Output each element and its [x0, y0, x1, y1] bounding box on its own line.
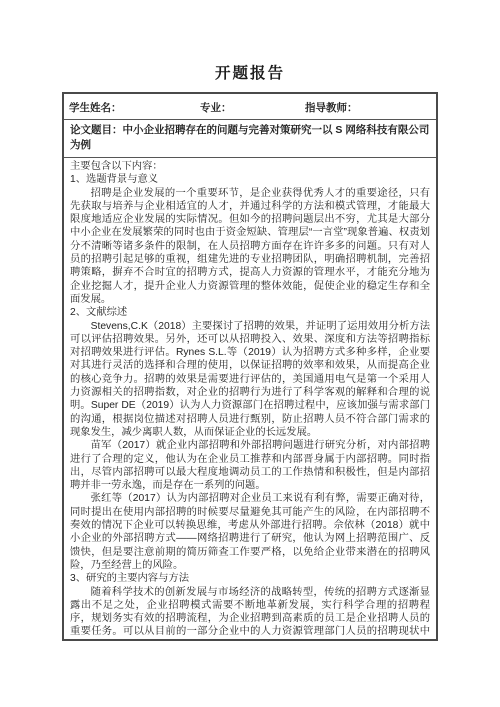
major-label: 专业： — [200, 100, 232, 115]
section-heading-3: 3、研究的主要内容与方法 — [70, 572, 430, 585]
content-intro: 主要包含以下内容： — [70, 160, 430, 173]
section-heading-1: 1、选题背景与意义 — [70, 173, 430, 186]
paragraph-literature-miaojun: 苗军（2017）就企业内部招聘和外部招聘问题进行研究分析，对内部招聘进行了合理的… — [70, 439, 430, 492]
paragraph-literature-foreign: Stevens,C.K（2018）主要探讨了招聘的效果，并证明了运用效用分析方法… — [70, 320, 430, 440]
page-title: 开题报告 — [0, 61, 500, 83]
report-table: 学生姓名： 专业： 指导教师： 论文题目：中小企业招聘存在的问题与完善对策研究一… — [62, 92, 438, 641]
paragraph-methods: 随着科学技术的创新发展与市场经济的战略转型，传统的招聘方式逐渐显露出不足之处，企… — [70, 586, 430, 640]
thesis-title-text: 中小企业招聘存在的问题与完善对策研究一以 S 网络科技有限公司为例 — [70, 124, 429, 151]
thesis-title-label: 论文题目： — [70, 124, 123, 136]
advisor-label: 指导教师： — [305, 100, 358, 115]
paragraph-literature-zhanghong: 张红等（2017）认为内部招聘对企业员工来说有利有弊，需要正确对待，同时提出在使… — [70, 492, 430, 572]
thesis-title-row: 论文题目：中小企业招聘存在的问题与完善对策研究一以 S 网络科技有限公司为例 — [64, 120, 436, 158]
content-cell: 主要包含以下内容： 1、选题背景与意义 招聘是企业发展的一个重要环节，是企业获得… — [64, 158, 436, 639]
paragraph-background: 招聘是企业发展的一个重要环节，是企业获得优秀人才的重要途径，只有先获取与培养与企… — [70, 187, 430, 307]
info-row: 学生姓名： 专业： 指导教师： — [64, 94, 436, 120]
section-heading-2: 2、文献综述 — [70, 306, 430, 319]
student-name-label: 学生姓名： — [69, 100, 122, 115]
